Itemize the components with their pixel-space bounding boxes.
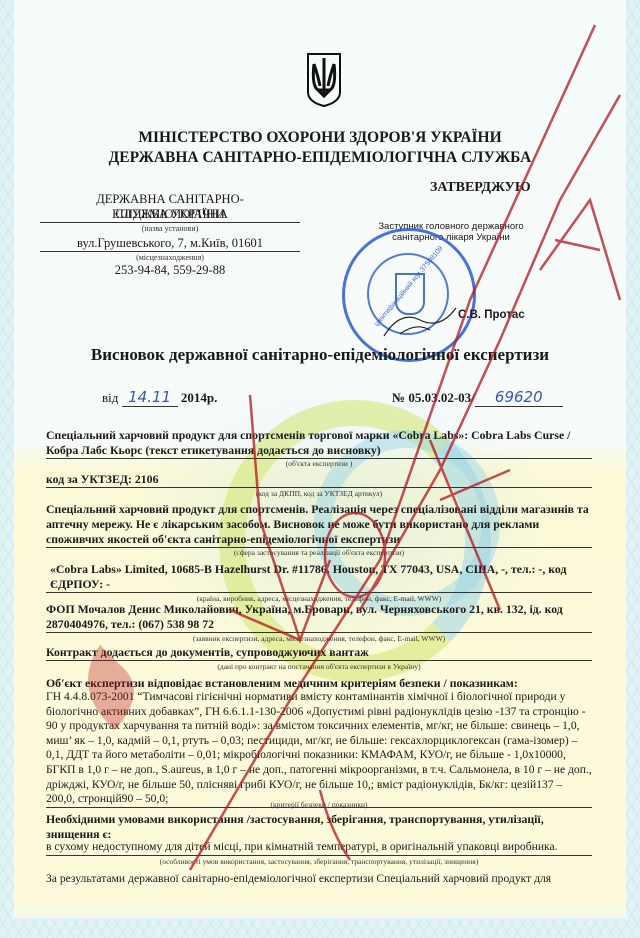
service-title: ДЕРЖАВНА САНІТАРНО-ЕПІДЕМІОЛОГІЧНА СЛУЖБ… (0, 149, 640, 167)
approval-label: ЗАТВЕРДЖУЮ (430, 180, 531, 196)
field-scope: Спеціальний харчовий продукт для спортсм… (46, 502, 592, 548)
field-scope-caption: (сфера застосування та реалізації об'єкт… (46, 548, 592, 558)
document-title: Висновок державної санітарно-епідеміолог… (0, 345, 640, 365)
date-prefix: від (102, 390, 118, 405)
results-text: За результатами державної санітарно-епід… (46, 872, 592, 887)
institution-address: вул.Грушевського, 7, м.Київ, 01601 (40, 236, 300, 252)
criteria-caption: (критерії безпеки / показники) (46, 800, 592, 810)
ministry-title: МІНІСТЕРСТВО ОХОРОНИ ЗДОРОВ'Я УКРАЇНИ (0, 129, 640, 147)
field-code: код за УКТЗЕД: 2106 (46, 472, 592, 488)
signature-icon (380, 300, 460, 340)
number-handwritten: 69620 (475, 388, 563, 407)
field-contract-caption: (дані про контракт на постачання об'єкта… (46, 662, 592, 672)
field-object-caption: (об'єкта експертизи ) (46, 459, 592, 469)
conditions-text: в сухому недоступному для дітей місці, п… (46, 840, 592, 856)
criteria-heading: Об'єкт експертизи відповідає встановлени… (46, 676, 592, 691)
official-stamp: ідентифікаційний код 37508109 (342, 228, 476, 362)
field-manufacturer: «Cobra Labs» Limited, 10685-B Hazelhurst… (46, 562, 592, 593)
conditions-heading: Необхідними умовами використання /застос… (46, 812, 592, 842)
date-year: 2014р. (181, 390, 217, 405)
institution-phones: 253-94-84, 559-29-88 (40, 263, 300, 278)
institution-address-caption: (місцезнаходження) (40, 253, 300, 262)
signer-name: С.В. Протас (458, 309, 525, 321)
conditions-caption: (особливості умов використання, застосув… (46, 857, 592, 867)
field-contract: Контракт додається до документів, супров… (46, 645, 592, 661)
criteria-text: ГН 4.4.8.073-2001 “Тимчасові гігієнічні … (46, 690, 592, 808)
institution-name-line2: СЛУЖБА УКРАЇНИ (40, 207, 300, 223)
field-applicant-caption: (заявник експертизи, адреса, місцезнаход… (46, 634, 592, 644)
date-handwritten: 14.11 (122, 388, 178, 407)
field-applicant: ФОП Мочалов Денис Миколайович, Україна, … (46, 602, 592, 633)
institution-name-caption: (назва установи) (40, 224, 300, 233)
document-number: № 05.03.02-03/69620 (392, 388, 563, 407)
number-prefix: № 05.03.02-03/ (392, 390, 475, 405)
coat-of-arms-icon (306, 52, 342, 108)
document-date: від 14.11 2014р. (102, 388, 217, 407)
field-object: Спеціальний харчовий продукт для спортсм… (46, 428, 592, 459)
field-code-caption: (код за ДКПП, код за УКТЗЕД артикул) (46, 489, 592, 499)
